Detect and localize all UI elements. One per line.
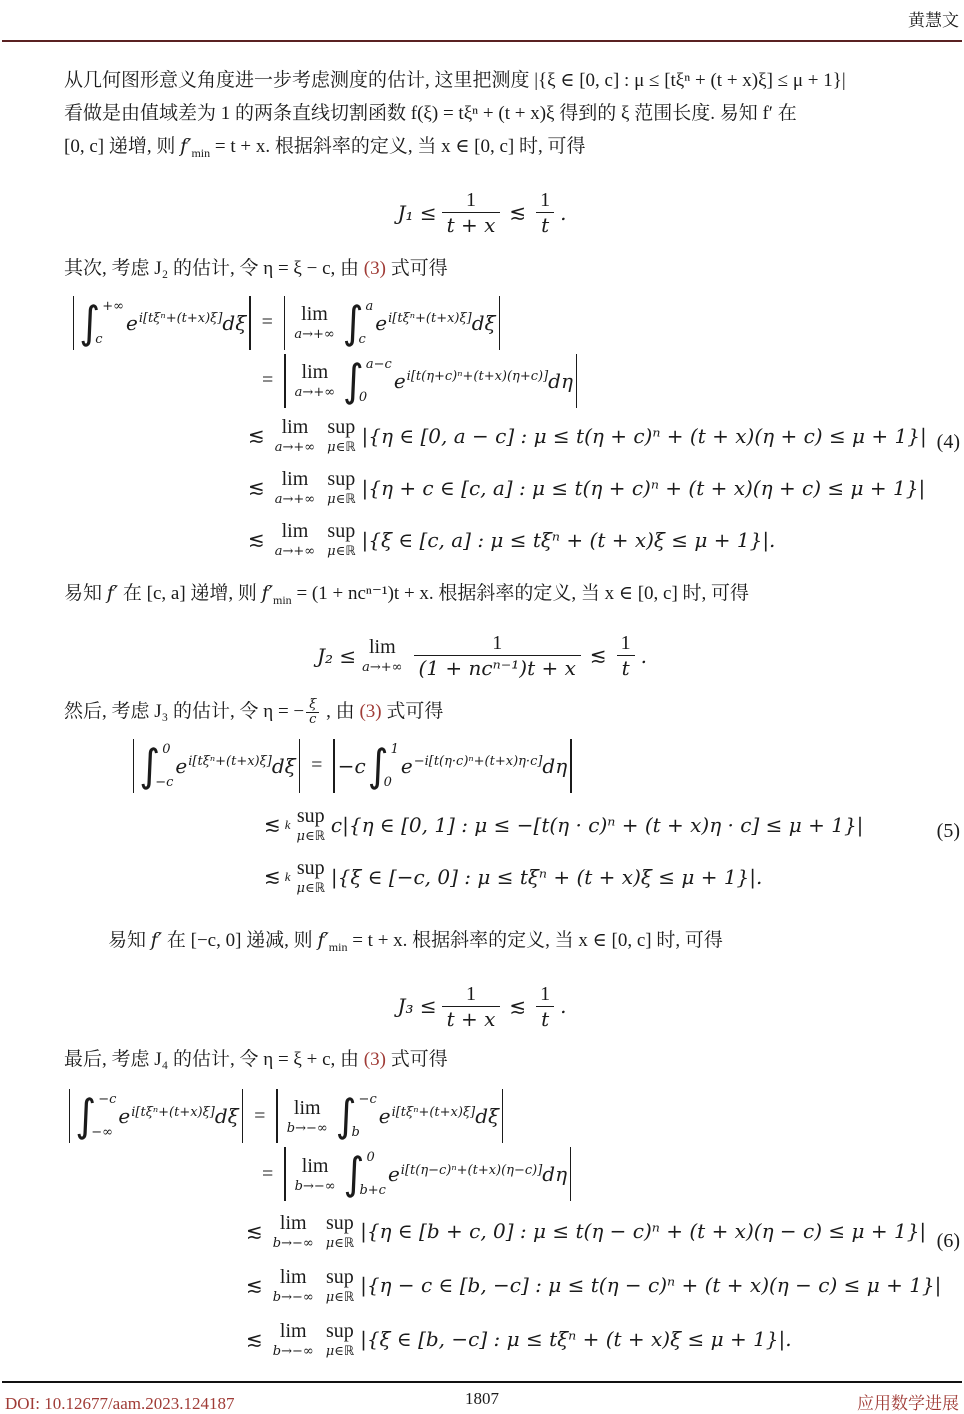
lesssim-symbol: ≲ — [248, 527, 265, 552]
lesssim-symbol: ≲ — [246, 1273, 263, 1298]
subscript-min: min — [329, 939, 348, 953]
exp-exponent: i[tξⁿ+(t+x)ξ] — [139, 311, 223, 326]
page-footer: DOI: 10.12677/aam.2023.124187 1807 应用数学进… — [5, 1389, 959, 1414]
doi-link[interactable]: DOI: 10.12677/aam.2023.124187 — [5, 1394, 234, 1414]
measure-set: |{η ∈ [0, a − c] : μ ≤ t(η + c)ⁿ + (t + … — [362, 424, 927, 448]
limit-operator: lima→+∞ — [362, 637, 402, 674]
paper-page: 黄慧文 从几何图形意义角度进一步考虑测度的估计, 这里把测度 |{ξ ∈ [0,… — [0, 0, 964, 1414]
integral-sign: ∫ — [79, 301, 100, 345]
subscript-min: min — [191, 146, 210, 160]
lesssim-symbol: ≲ — [264, 864, 281, 889]
fraction: 1t + x — [442, 188, 501, 237]
text-run: 在 [−c, 0] 递减, 则 — [162, 930, 317, 951]
vertical-bar — [499, 296, 500, 350]
paragraph-6: 最后, 考虑 J₄ 的估计, 令 η = ξ + c, 由 (3) 式可得 — [64, 1043, 960, 1076]
exp-base: e — [126, 311, 138, 335]
equation-row: ∫+∞c ei[tξⁿ+(t+x)ξ]dξ = lima→+∞ ∫ac ei[t… — [70, 295, 960, 351]
equals-sign: = — [254, 1105, 265, 1128]
differential: dη — [548, 369, 573, 393]
fraction-denominator: t — [617, 655, 635, 680]
vertical-bar — [570, 739, 571, 793]
lesssim-symbol: ≲ — [248, 423, 265, 448]
lesssim-symbol: ≲ — [509, 994, 526, 1019]
equation-number-4: (4) — [937, 431, 960, 454]
exp-base: e — [379, 1104, 391, 1128]
journal-name[interactable]: 应用数学进展 — [857, 1389, 959, 1414]
limit-operator: lima→+∞ — [294, 304, 334, 341]
integral: ∫0−c — [139, 743, 173, 789]
integral-upper: −c — [359, 1093, 377, 1106]
integral-upper: −c — [98, 1093, 116, 1106]
equation-row: ≲ lima→+∞ supμ∈ℝ |{ξ ∈ [c, a] : μ ≤ tξⁿ … — [244, 517, 960, 563]
integral-upper: 1 — [391, 743, 399, 756]
exp-exponent: i[t(η−c)ⁿ+(t+x)(η−c)] — [401, 1163, 543, 1178]
vertical-bar — [284, 1147, 285, 1201]
eq-period: . — [641, 644, 647, 668]
equation-row: = lima→+∞ ∫a−c0 ei[t(η+c)ⁿ+(t+x)(η+c)]dη — [254, 353, 960, 409]
lesssim-subscript: k — [285, 869, 291, 885]
vertical-bar — [133, 739, 134, 793]
exp-base: e — [401, 754, 413, 778]
text-run: 在 [c, a] 递增, 则 — [118, 583, 262, 604]
text-run: = t + x. 根据斜率的定义, 当 x ∈ [0, c] 时, 可得 — [347, 930, 722, 951]
integral-sign: ∫ — [343, 359, 364, 403]
paragraph-4: 然后, 考虑 J₃ 的估计, 令 η = −ξc , 由 (3) 式可得 — [64, 695, 960, 728]
eq3-reference[interactable]: (3) — [364, 258, 386, 279]
vertical-bar — [299, 739, 300, 793]
limit-operator: lima→+∞ — [275, 417, 315, 454]
integral-sign: ∫ — [75, 1094, 96, 1138]
text-run: 其次, 考虑 J₂ 的估计, 令 η = ξ − c, 由 — [64, 258, 364, 279]
fraction: 1t + x — [442, 982, 501, 1031]
integral: ∫−cb — [336, 1093, 377, 1139]
inline-fraction: ξc — [306, 698, 319, 726]
equation-number-6: (6) — [937, 1230, 960, 1253]
vertical-bar — [249, 296, 250, 350]
differential: dξ — [272, 754, 296, 778]
fraction: 1t — [535, 982, 555, 1031]
paragraph-2: 其次, 考虑 J₂ 的估计, 令 η = ξ − c, 由 (3) 式可得 — [64, 252, 960, 285]
limit-operator: lima→+∞ — [275, 521, 315, 558]
differential: dη — [542, 754, 567, 778]
differential: dξ — [472, 311, 496, 335]
vertical-bar — [502, 1089, 503, 1143]
integral-upper: 0 — [366, 1151, 386, 1164]
subscript-min: min — [273, 593, 292, 607]
equation-row: ∫−c−∞ ei[tξⁿ+(t+x)ξ]dξ = limb→−∞ ∫−cb ei… — [66, 1088, 960, 1144]
integral-upper: a−c — [366, 358, 392, 371]
integral: ∫a−c0 — [343, 358, 392, 404]
vertical-bar — [73, 296, 74, 350]
fraction: 1(1 + ncⁿ⁻¹)t + x — [414, 631, 581, 680]
integral: ∫0b+c — [344, 1151, 386, 1197]
page-body: 从几何图形意义角度进一步考虑测度的估计, 这里把测度 |{ξ ∈ [0, c] … — [64, 64, 960, 1362]
vertical-bar — [576, 354, 577, 408]
fraction-numerator: 1 — [461, 188, 481, 212]
integral: ∫10 — [368, 743, 399, 789]
equation-block-6: ∫−c−∞ ei[tξⁿ+(t+x)ξ]dξ = limb→−∞ ∫−cb ei… — [64, 1088, 960, 1362]
integral-upper: +∞ — [102, 300, 124, 313]
exp-exponent: −i[t(η·c)ⁿ+(t+x)η·c] — [414, 754, 543, 769]
text-run: 最后, 考虑 J₄ 的估计, 令 η = ξ + c, 由 — [64, 1049, 364, 1070]
equals-sign: = — [311, 754, 322, 777]
differential: dξ — [222, 311, 246, 335]
fraction-numerator: 1 — [461, 982, 481, 1006]
display-eq-j3: J₃ ≤ 1t + x ≲ 1t . — [64, 977, 960, 1035]
exp-exponent: i[tξⁿ+(t+x)ξ] — [131, 1105, 215, 1120]
equation-row: ≲ lima→+∞ supμ∈ℝ |{η + c ∈ [c, a] : μ ≤ … — [244, 465, 960, 511]
eq3-reference[interactable]: (3) — [359, 701, 381, 722]
measure-set: |{η ∈ [b + c, 0] : μ ≤ t(η − c)ⁿ + (t + … — [360, 1219, 926, 1243]
exp-exponent: i[tξⁿ+(t+x)ξ] — [188, 754, 272, 769]
equation-block-4: ∫+∞c ei[tξⁿ+(t+x)ξ]dξ = lima→+∞ ∫ac ei[t… — [64, 295, 960, 563]
fraction-denominator: t + x — [442, 1006, 501, 1031]
integral-sign: ∫ — [344, 1152, 365, 1196]
exp-base: e — [375, 311, 387, 335]
fraction: 1t — [616, 631, 636, 680]
text-run: 易知 — [64, 583, 107, 604]
sup-operator: supμ∈ℝ — [326, 1267, 354, 1304]
integral: ∫−c−∞ — [75, 1093, 116, 1139]
text-run: [0, c] 递增, 则 — [64, 136, 180, 157]
equation-row: = limb→−∞ ∫0b+c ei[t(η−c)ⁿ+(t+x)(η−c)]dη — [254, 1146, 960, 1202]
paragraph-line: 看做是由值域差为 1 的两条直线切割函数 f(ξ) = tξⁿ + (t + x… — [64, 97, 960, 130]
vertical-bar — [284, 296, 285, 350]
limit-operator: limb→−∞ — [295, 1156, 336, 1193]
fraction-numerator: 1 — [535, 188, 555, 212]
exp-base: e — [394, 369, 406, 393]
fraction-numerator: 1 — [535, 982, 555, 1006]
sup-operator: supμ∈ℝ — [327, 521, 355, 558]
fraction-denominator: t + x — [442, 212, 501, 237]
equation-row: ∫0−c ei[tξⁿ+(t+x)ξ]dξ = −c ∫10 e−i[t(η·c… — [130, 736, 960, 796]
text-run: = t + x. 根据斜率的定义, 当 x ∈ [0, c] 时, 可得 — [210, 136, 585, 157]
math-fprime: f′ — [317, 929, 328, 951]
exp-base: e — [388, 1162, 400, 1186]
equation-row: ≲k supμ∈ℝ c|{η ∈ [0, 1] : μ ≤ −[t(η · c)… — [260, 802, 960, 848]
math-fprime: f′ — [262, 582, 273, 604]
math-fprime: f′ — [151, 929, 162, 951]
limit-operator: limb→−∞ — [273, 1213, 314, 1250]
eq3-reference[interactable]: (3) — [364, 1049, 386, 1070]
integral-sign: ∫ — [343, 301, 364, 345]
limit-operator: lima→+∞ — [275, 469, 315, 506]
vertical-bar — [333, 739, 334, 793]
vertical-bar — [570, 1147, 571, 1201]
math-fprime: f′ — [180, 135, 191, 157]
paragraph-line: [0, c] 递增, 则 f′min = t + x. 根据斜率的定义, 当 x… — [64, 130, 960, 170]
header-rule — [2, 40, 962, 42]
display-eq-j1: J₁ ≤ 1t + x ≲ 1t . — [64, 184, 960, 242]
differential: dξ — [215, 1104, 239, 1128]
fraction-denominator: t — [536, 212, 554, 237]
sup-operator: supμ∈ℝ — [327, 469, 355, 506]
paragraph-5: 易知 f′ 在 [−c, 0] 递减, 则 f′min = t + x. 根据斜… — [64, 924, 960, 964]
equation-row: ≲k supμ∈ℝ |{ξ ∈ [−c, 0] : μ ≤ tξⁿ + (t +… — [260, 854, 960, 900]
equation-row: ≲ limb→−∞ supμ∈ℝ |{η ∈ [b + c, 0] : μ ≤ … — [242, 1208, 960, 1254]
equals-sign: = — [262, 1163, 273, 1186]
lesssim-symbol: ≲ — [246, 1327, 263, 1352]
eq-period: . — [560, 201, 566, 225]
exp-base: e — [118, 1104, 130, 1128]
integral-upper: a — [366, 300, 374, 313]
equation-block-5: ∫0−c ei[tξⁿ+(t+x)ξ]dξ = −c ∫10 e−i[t(η·c… — [64, 736, 960, 900]
equation-number-5: (5) — [937, 820, 960, 843]
lesssim-symbol: ≲ — [246, 1219, 263, 1244]
exp-base: e — [175, 754, 187, 778]
text-run: 式可得 — [382, 701, 444, 722]
fraction-denominator: t — [536, 1006, 554, 1031]
measure-set: |{ξ ∈ [b, −c] : μ ≤ tξⁿ + (t + x)ξ ≤ μ +… — [360, 1327, 792, 1351]
coefficient: −c — [338, 754, 366, 778]
sup-operator: supμ∈ℝ — [297, 806, 325, 843]
math-fprime: f′ — [107, 582, 118, 604]
limit-operator: limb→−∞ — [287, 1098, 328, 1135]
integral: ∫+∞c — [79, 300, 124, 346]
paragraph-3: 易知 f′ 在 [c, a] 递增, 则 f′min = (1 + ncⁿ⁻¹)… — [64, 577, 960, 617]
equation-row: ≲ lima→+∞ supμ∈ℝ |{η ∈ [0, a − c] : μ ≤ … — [244, 413, 960, 459]
page-header: 黄慧文 — [908, 6, 959, 31]
equals-sign: = — [262, 369, 273, 392]
text-run: 易知 — [108, 930, 151, 951]
vertical-bar — [276, 1089, 277, 1143]
fraction-denominator: (1 + ncⁿ⁻¹)t + x — [414, 655, 581, 680]
footer-rule — [2, 1381, 962, 1383]
vertical-bar — [69, 1089, 70, 1143]
measure-set: |{η − c ∈ [b, −c] : μ ≤ t(η − c)ⁿ + (t +… — [360, 1273, 941, 1297]
text-run: 式可得 — [386, 1049, 448, 1070]
sup-operator: supμ∈ℝ — [297, 858, 325, 895]
measure-set: c|{η ∈ [0, 1] : μ ≤ −[t(η · c)ⁿ + (t + x… — [331, 813, 863, 837]
lesssim-symbol: ≲ — [509, 200, 526, 225]
integral-sign: ∫ — [368, 744, 389, 788]
lesssim-subscript: k — [285, 817, 291, 833]
exp-exponent: i[tξⁿ+(t+x)ξ] — [392, 1105, 476, 1120]
text-run: 式可得 — [386, 258, 448, 279]
equation-row: ≲ limb→−∞ supμ∈ℝ |{ξ ∈ [b, −c] : μ ≤ tξⁿ… — [242, 1316, 960, 1362]
text-run: = (1 + ncⁿ⁻¹)t + x. 根据斜率的定义, 当 x ∈ [0, c… — [292, 583, 749, 604]
display-eq-j2: J₂ ≤ lima→+∞ 1(1 + ncⁿ⁻¹)t + x ≲ 1t . — [64, 625, 960, 687]
equation-row: ≲ limb→−∞ supμ∈ℝ |{η − c ∈ [b, −c] : μ ≤… — [242, 1262, 960, 1308]
vertical-bar — [242, 1089, 243, 1143]
eq-lhs: J₁ ≤ — [397, 201, 436, 225]
lesssim-symbol: ≲ — [248, 475, 265, 500]
page-number: 1807 — [465, 1389, 499, 1409]
lesssim-symbol: ≲ — [264, 812, 281, 837]
differential: dξ — [475, 1104, 499, 1128]
lesssim-symbol: ≲ — [590, 643, 607, 668]
limit-operator: lima→+∞ — [295, 362, 335, 399]
text-run: , 由 — [321, 701, 359, 722]
fraction-numerator: 1 — [487, 631, 507, 655]
measure-set: |{η + c ∈ [c, a] : μ ≤ t(η + c)ⁿ + (t + … — [362, 476, 926, 500]
fraction-numerator: 1 — [616, 631, 636, 655]
sup-operator: supμ∈ℝ — [326, 1321, 354, 1358]
integral-sign: ∫ — [336, 1094, 357, 1138]
measure-set: |{ξ ∈ [−c, 0] : μ ≤ tξⁿ + (t + x)ξ ≤ μ +… — [331, 865, 762, 889]
author-name: 黄慧文 — [908, 11, 959, 30]
paragraph-line: 从几何图形意义角度进一步考虑测度的估计, 这里把测度 |{ξ ∈ [0, c] … — [64, 64, 960, 97]
measure-set: |{ξ ∈ [c, a] : μ ≤ tξⁿ + (t + x)ξ ≤ μ + … — [362, 528, 776, 552]
eq-lhs: J₃ ≤ — [397, 994, 436, 1018]
fraction: 1t — [535, 188, 555, 237]
exp-exponent: i[tξⁿ+(t+x)ξ] — [388, 311, 472, 326]
paragraph-1: 从几何图形意义角度进一步考虑测度的估计, 这里把测度 |{ξ ∈ [0, c] … — [64, 64, 960, 170]
eq-lhs: J₂ ≤ — [317, 644, 356, 668]
integral-sign: ∫ — [139, 744, 160, 788]
limit-operator: limb→−∞ — [273, 1321, 314, 1358]
eq-period: . — [560, 994, 566, 1018]
sup-operator: supμ∈ℝ — [327, 417, 355, 454]
limit-operator: limb→−∞ — [273, 1267, 314, 1304]
text-run: 然后, 考虑 J₃ 的估计, 令 η = − — [64, 701, 304, 722]
integral: ∫ac — [343, 300, 374, 346]
differential: dη — [542, 1162, 567, 1186]
exp-exponent: i[t(η+c)ⁿ+(t+x)(η+c)] — [407, 369, 549, 384]
integral-upper: 0 — [162, 743, 173, 756]
vertical-bar — [284, 354, 285, 408]
sup-operator: supμ∈ℝ — [326, 1213, 354, 1250]
equals-sign: = — [262, 311, 273, 334]
